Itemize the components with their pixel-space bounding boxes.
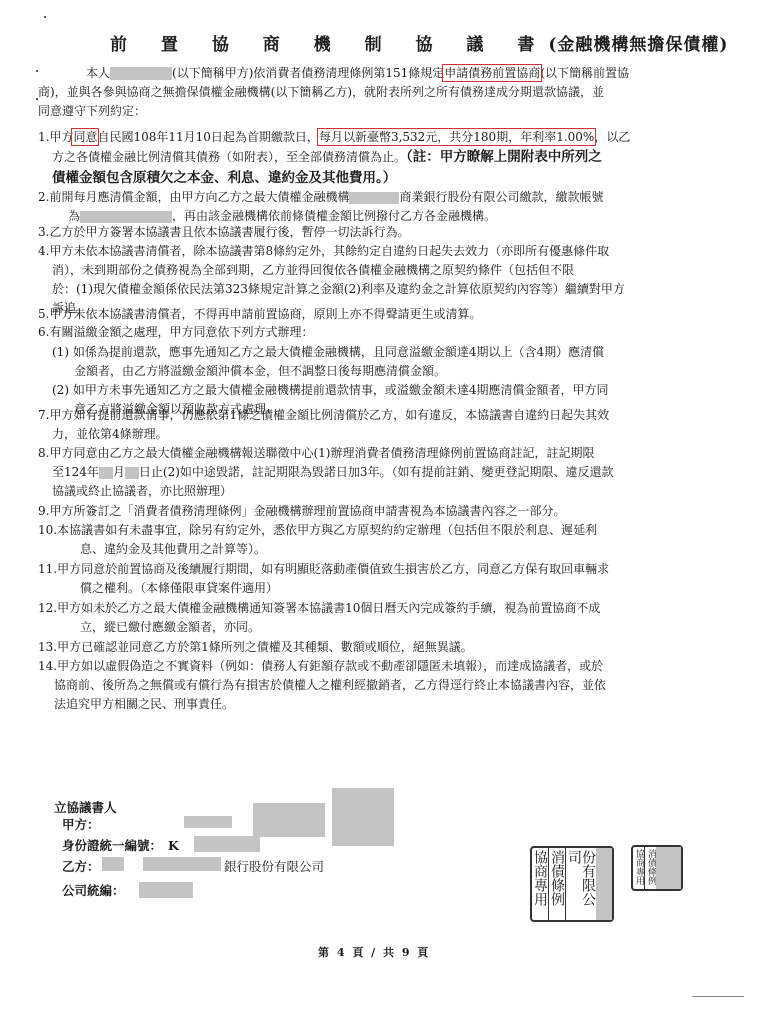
redacted-bank-prefix xyxy=(102,857,124,871)
redacted-seal-name xyxy=(596,848,612,920)
highlight-agree: 同意 xyxy=(73,130,97,144)
company-seal-large: 協商專用 消債條例 份有限公司 xyxy=(530,846,614,922)
company-seal-small: 協商專用 消債條例 xyxy=(631,845,683,891)
document-title: 前 置 協 商 機 制 協 議 書(金融機構無擔保債權) xyxy=(110,30,670,55)
redacted-name xyxy=(110,67,172,80)
document-page: 前 置 協 商 機 制 協 議 書(金融機構無擔保債權) 本人(以下簡稱甲方)依… xyxy=(0,0,768,1024)
redacted-seal-name xyxy=(656,847,681,889)
scan-artifact xyxy=(692,996,744,997)
redacted-party-a-name xyxy=(184,816,232,828)
highlight-payment-terms: 每月以新臺幣3,532元，共分180期，年利率1.00% xyxy=(319,130,594,144)
redacted-id-number xyxy=(194,836,260,852)
redacted-month xyxy=(99,467,113,479)
redacted-bank-name xyxy=(143,857,221,871)
redacted-seal xyxy=(332,788,394,846)
page-number: 第 4 頁 / 共 9 頁 xyxy=(318,944,430,960)
redacted-bank-name xyxy=(349,192,399,204)
redacted-day xyxy=(125,467,139,479)
redacted-account-number xyxy=(80,211,172,223)
scan-speck xyxy=(36,70,38,72)
scan-speck xyxy=(44,16,46,18)
highlight-apply-precouncil: 申請債務前置協商 xyxy=(444,66,540,80)
redacted-tax-id xyxy=(139,882,193,898)
redacted-signature xyxy=(253,803,325,837)
